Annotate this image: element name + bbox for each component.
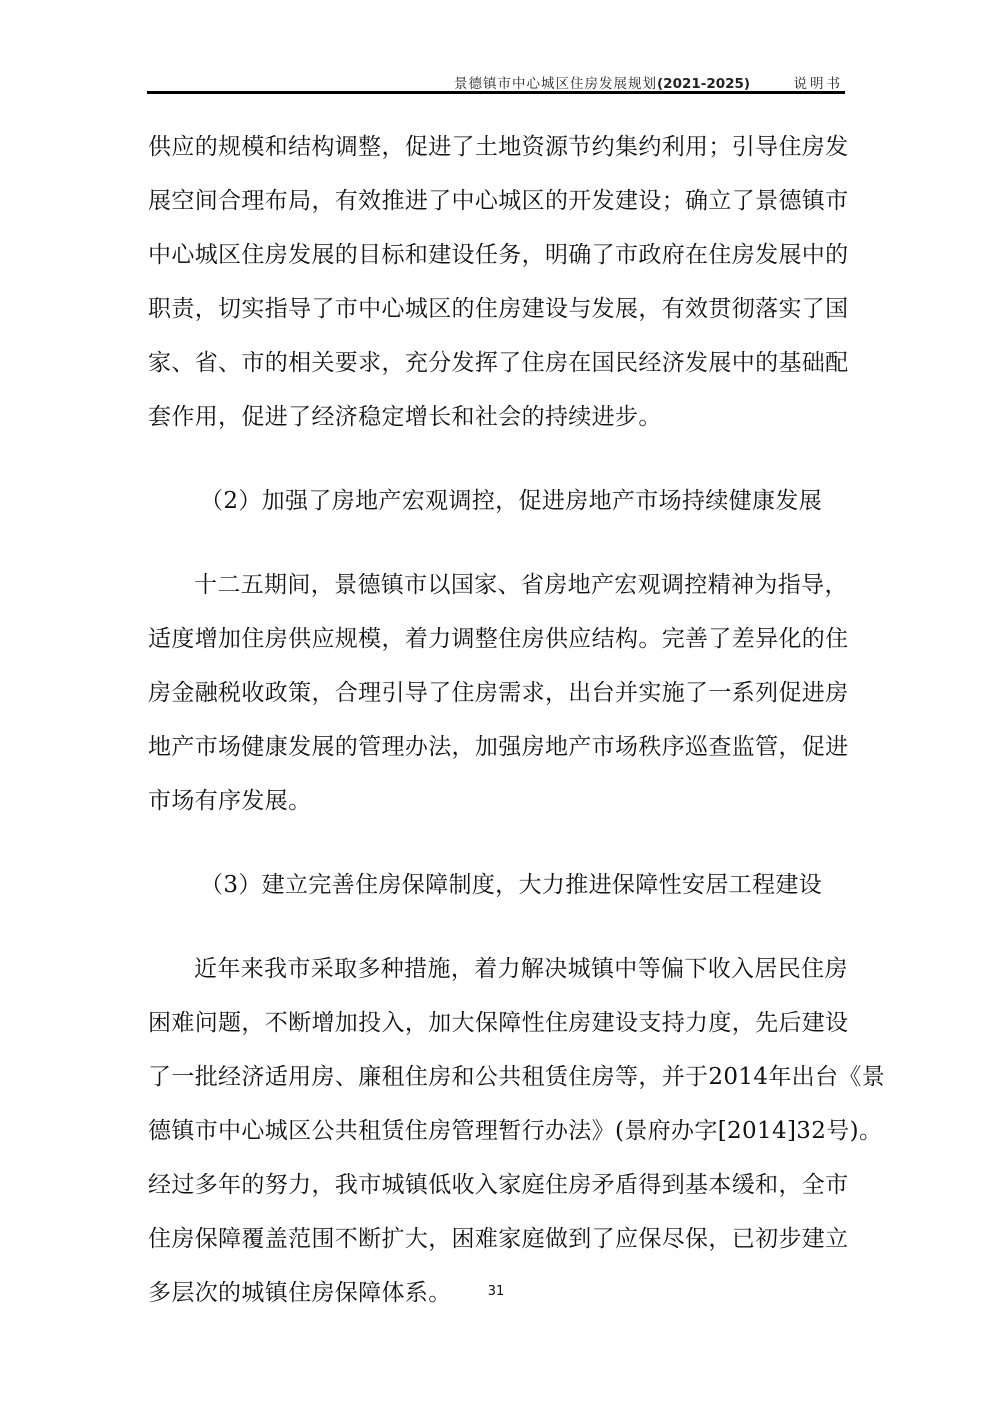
paragraph-market-regulation: 十二五期间，景德镇市以国家、省房地产宏观调控精神为指导， 适度增加住房供应规模，… bbox=[148, 558, 848, 828]
text-line: 十二五期间，景德镇市以国家、省房地产宏观调控精神为指导， bbox=[148, 558, 848, 612]
text-line: 供应的规模和结构调整，促进了土地资源节约集约利用；引导住房发 bbox=[148, 120, 848, 174]
text-line: 家、省、市的相关要求，充分发挥了住房在国民经济发展中的基础配 bbox=[148, 336, 848, 390]
paragraph-gap bbox=[148, 444, 848, 474]
text-line: 市场有序发展。 bbox=[148, 774, 848, 828]
text-line: 地产市场健康发展的管理办法，加强房地产市场秩序巡查监管，促进 bbox=[148, 720, 848, 774]
page-number: 31 bbox=[0, 1284, 992, 1299]
paragraph-gap bbox=[148, 912, 848, 942]
document-title-years: (2021-2025) bbox=[657, 76, 750, 92]
document-title-text: 景德镇市中心城区住房发展规划 bbox=[454, 76, 657, 92]
text-line: 德镇市中心城区公共租赁住房管理暂行办法》(景府办字[2014]32号)。 bbox=[148, 1104, 848, 1158]
text-line: 了一批经济适用房、廉租住房和公共租赁住房等，并于2014年出台《景 bbox=[148, 1050, 848, 1104]
paragraph-housing-security: 近年来我市采取多种措施，着力解决城镇中等偏下收入居民住房 困难问题，不断增加投入… bbox=[148, 942, 848, 1320]
text-line: 展空间合理布局，有效推进了中心城区的开发建设；确立了景德镇市 bbox=[148, 174, 848, 228]
section-heading-2: （2）加强了房地产宏观调控，促进房地产市场持续健康发展 bbox=[148, 474, 848, 528]
document-type-label: 说明书 bbox=[794, 72, 844, 92]
document-title: 景德镇市中心城区住房发展规划(2021-2025) bbox=[454, 72, 750, 92]
page-header: 景德镇市中心城区住房发展规划(2021-2025) 说明书 bbox=[147, 70, 845, 92]
paragraph-gap bbox=[148, 528, 848, 558]
text-line: 经过多年的努力，我市城镇低收入家庭住房矛盾得到基本缓和，全市 bbox=[148, 1158, 848, 1212]
paragraph-continuation: 供应的规模和结构调整，促进了土地资源节约集约利用；引导住房发 展空间合理布局，有… bbox=[148, 120, 848, 444]
text-line: 中心城区住房发展的目标和建设任务，明确了市政府在住房发展中的 bbox=[148, 228, 848, 282]
text-line: 近年来我市采取多种措施，着力解决城镇中等偏下收入居民住房 bbox=[148, 942, 848, 996]
text-line: 适度增加住房供应规模，着力调整住房供应结构。完善了差异化的住 bbox=[148, 612, 848, 666]
paragraph-gap bbox=[148, 828, 848, 858]
section-heading-3: （3）建立完善住房保障制度，大力推进保障性安居工程建设 bbox=[148, 858, 848, 912]
text-line: 住房保障覆盖范围不断扩大，困难家庭做到了应保尽保，已初步建立 bbox=[148, 1212, 848, 1266]
page-body: 供应的规模和结构调整，促进了土地资源节约集约利用；引导住房发 展空间合理布局，有… bbox=[148, 120, 848, 1320]
text-line: 房金融税收政策，合理引导了住房需求，出台并实施了一系列促进房 bbox=[148, 666, 848, 720]
text-line: 套作用，促进了经济稳定增长和社会的持续进步。 bbox=[148, 390, 848, 444]
text-line: 困难问题，不断增加投入，加大保障性住房建设支持力度，先后建设 bbox=[148, 996, 848, 1050]
header-divider bbox=[147, 91, 845, 94]
text-line: 职责，切实指导了市中心城区的住房建设与发展，有效贯彻落实了国 bbox=[148, 282, 848, 336]
